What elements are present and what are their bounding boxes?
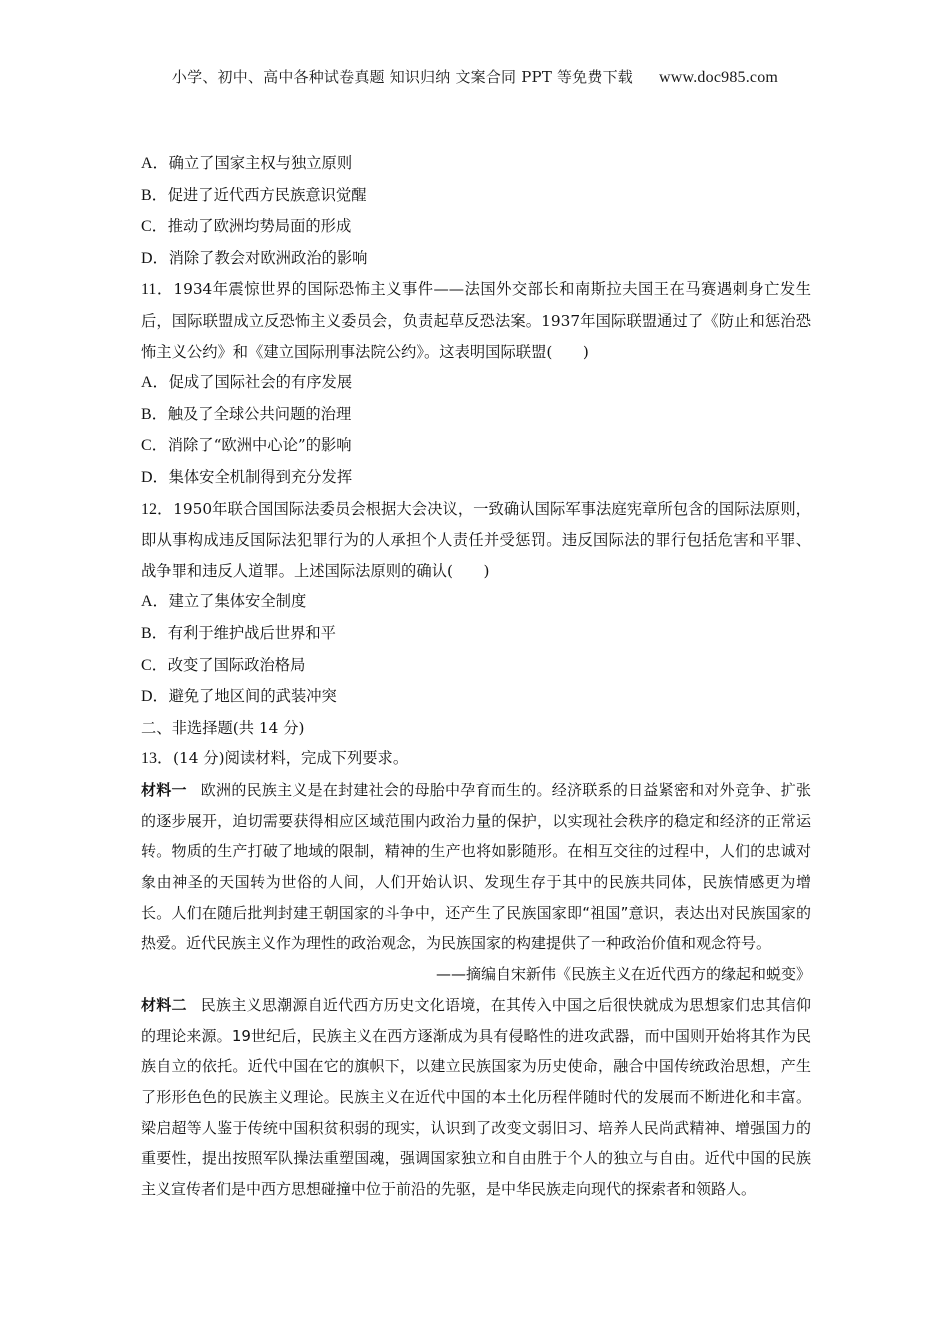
q10-option-c: C．推动了欧洲均势局面的形成	[141, 211, 811, 243]
question-number: 12．	[141, 501, 173, 518]
page-header: 小学、初中、高中各种试卷真题 知识归纳 文案合同 PPT 等免费下载www.do…	[0, 66, 950, 87]
option-letter: D．	[141, 688, 169, 705]
option-letter: C．	[141, 218, 168, 235]
option-letter: A．	[141, 374, 169, 391]
header-url[interactable]: www.doc985.com	[659, 69, 778, 86]
option-text: 集体安全机制得到充分发挥	[169, 468, 353, 486]
q12-stem: 12．1950年联合国国际法委员会根据大会决议，一致确认国际军事法庭宪章所包含的…	[141, 494, 811, 587]
option-letter: C．	[141, 437, 168, 454]
material-2: 材料二民族主义思潮源自近代西方历史文化语境，在其传入中国之后很快就成为思想家们忠…	[141, 990, 811, 1205]
document-body: A．确立了国家主权与独立原则 B．促进了近代西方民族意识觉醒 C．推动了欧洲均势…	[141, 148, 811, 1205]
option-letter: D．	[141, 469, 169, 486]
option-text: 确立了国家主权与独立原则	[169, 154, 353, 172]
q11-option-c: C．消除了“欧洲中心论”的影响	[141, 430, 811, 462]
material-label: 材料一	[141, 781, 187, 799]
material-1: 材料一欧洲的民族主义是在封建社会的母胎中孕育而生的。经济联系的日益紧密和对外竞争…	[141, 775, 811, 959]
option-letter: B．	[141, 187, 168, 204]
section-title: 二、非选择题(共 14 分)	[141, 713, 811, 744]
option-text: 建立了集体安全制度	[169, 592, 307, 610]
question-stem: 1934年震惊世界的国际恐怖主义事件——法国外交部长和南斯拉夫国王在马赛遇刺身亡…	[141, 280, 811, 360]
q12-option-d: D．避免了地区间的武装冲突	[141, 681, 811, 713]
option-text: 消除了教会对欧洲政治的影响	[169, 249, 368, 267]
q10-option-a: A．确立了国家主权与独立原则	[141, 148, 811, 180]
option-letter: B．	[141, 406, 168, 423]
option-letter: D．	[141, 250, 169, 267]
option-letter: C．	[141, 657, 168, 674]
question-number: 11．	[141, 281, 173, 298]
q12-option-a: A．建立了集体安全制度	[141, 586, 811, 618]
option-letter: A．	[141, 593, 169, 610]
option-text: 消除了“欧洲中心论”的影响	[168, 436, 352, 454]
option-text: 推动了欧洲均势局面的形成	[168, 217, 352, 235]
q11-option-b: B．触及了全球公共问题的治理	[141, 399, 811, 431]
q11-stem: 11．1934年震惊世界的国际恐怖主义事件——法国外交部长和南斯拉夫国王在马赛遇…	[141, 274, 811, 367]
q10-option-d: D．消除了教会对欧洲政治的影响	[141, 243, 811, 275]
option-text: 避免了地区间的武装冲突	[169, 687, 337, 705]
header-text: 小学、初中、高中各种试卷真题 知识归纳 文案合同 PPT 等免费下载	[172, 68, 633, 86]
q12-option-c: C．改变了国际政治格局	[141, 650, 811, 682]
question-number: 13．	[141, 750, 173, 767]
option-letter: A．	[141, 155, 169, 172]
option-text: 改变了国际政治格局	[168, 656, 306, 674]
q11-option-d: D．集体安全机制得到充分发挥	[141, 462, 811, 494]
option-text: 有利于维护战后世界和平	[168, 624, 336, 642]
q11-option-a: A．促成了国际社会的有序发展	[141, 367, 811, 399]
option-letter: B．	[141, 625, 168, 642]
question-11: 11．1934年震惊世界的国际恐怖主义事件——法国外交部长和南斯拉夫国王在马赛遇…	[141, 274, 811, 493]
question-stem: (14 分)阅读材料，完成下列要求。	[173, 749, 408, 767]
option-text: 触及了全球公共问题的治理	[168, 405, 352, 423]
material-text: 民族主义思潮源自近代西方历史文化语境，在其传入中国之后很快就成为思想家们忠其信仰…	[141, 996, 811, 1198]
q10-options: A．确立了国家主权与独立原则 B．促进了近代西方民族意识觉醒 C．推动了欧洲均势…	[141, 148, 811, 274]
question-13: 13．(14 分)阅读材料，完成下列要求。 材料一欧洲的民族主义是在封建社会的母…	[141, 743, 811, 1204]
question-stem: 1950年联合国国际法委员会根据大会决议，一致确认国际军事法庭宪章所包含的国际法…	[141, 500, 811, 580]
material-1-source: ——摘编自宋新伟《民族主义在近代西方的缘起和蜕变》	[141, 959, 811, 990]
material-text: 欧洲的民族主义是在封建社会的母胎中孕育而生的。经济联系的日益紧密和对外竞争、扩张…	[141, 781, 811, 953]
material-label: 材料二	[141, 996, 187, 1014]
q13-stem: 13．(14 分)阅读材料，完成下列要求。	[141, 743, 811, 775]
question-12: 12．1950年联合国国际法委员会根据大会决议，一致确认国际军事法庭宪章所包含的…	[141, 494, 811, 713]
q10-option-b: B．促进了近代西方民族意识觉醒	[141, 180, 811, 212]
option-text: 促成了国际社会的有序发展	[169, 373, 353, 391]
q12-option-b: B．有利于维护战后世界和平	[141, 618, 811, 650]
option-text: 促进了近代西方民族意识觉醒	[168, 186, 367, 204]
